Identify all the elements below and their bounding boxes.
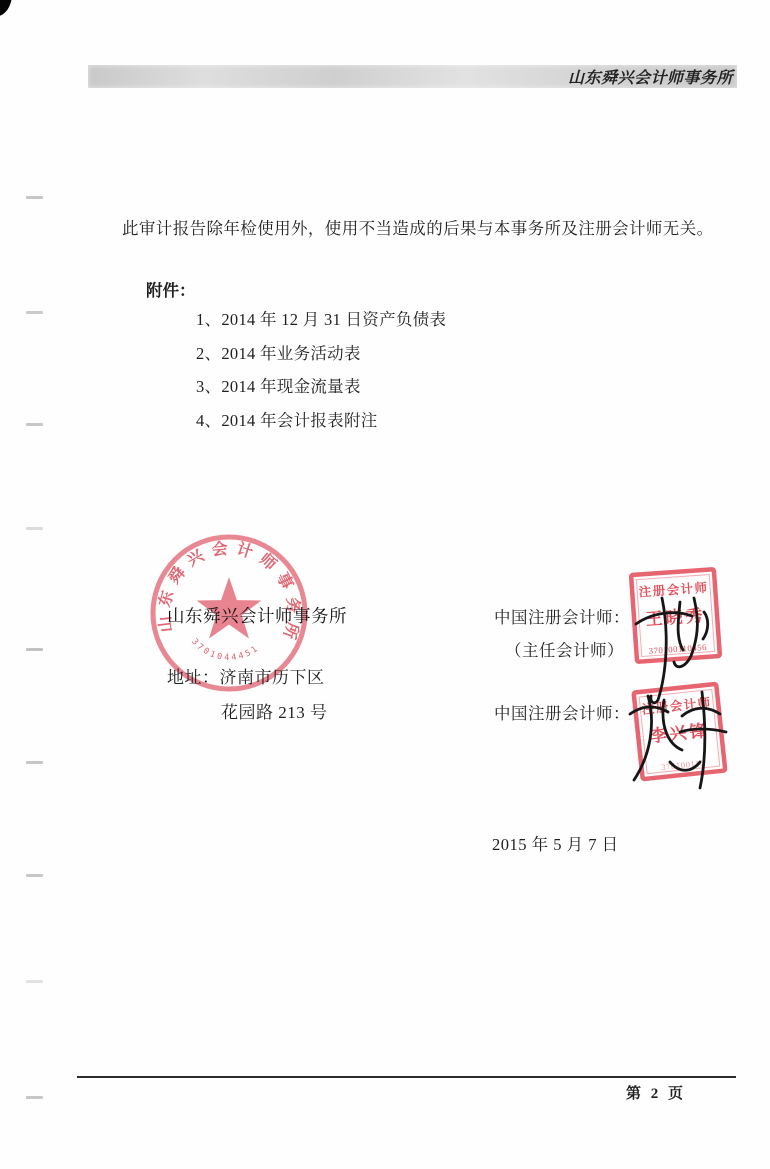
cpa-title-1: （主任会计师） [505, 637, 624, 661]
attachments-list: 1、2014 年 12 月 31 日资产负债表 2、2014 年业务活动表 3、… [196, 303, 446, 437]
scan-mark [26, 196, 43, 199]
attachment-item: 1、2014 年 12 月 31 日资产负债表 [196, 303, 446, 337]
disclaimer-paragraph: 此审计报告除年检使用外，使用不当造成的后果与本事务所及注册会计师无关。 [122, 215, 732, 239]
page-header-bar: 山东舜兴会计师事务所 [88, 65, 737, 88]
scan-mark [26, 1096, 43, 1099]
svg-text:3701044451: 3701044451 [189, 637, 261, 663]
attachment-item: 4、2014 年会计报表附注 [196, 404, 446, 438]
header-firm-name: 山东舜兴会计师事务所 [568, 65, 733, 88]
attachments-label: 附件： [146, 277, 196, 301]
scanned-document-page: 山东舜兴会计师事务所 此审计报告除年检使用外，使用不当造成的后果与本事务所及注册… [0, 0, 770, 1169]
scan-mark [26, 311, 43, 314]
scan-corner-artifact [0, 0, 12, 16]
scan-mark [26, 648, 43, 651]
page-number: 第 2 页 [626, 1082, 686, 1103]
attachment-item: 2、2014 年业务活动表 [196, 337, 446, 371]
attachment-item: 3、2014 年现金流量表 [196, 370, 446, 404]
cpa-label-1: 中国注册会计师： [494, 604, 630, 628]
footer-rule [77, 1076, 736, 1078]
handwritten-signature-2 [560, 676, 740, 796]
firm-name-line: 山东舜兴会计师事务所 [167, 603, 347, 628]
scan-mark [26, 761, 43, 764]
address-line2: 花园路 213 号 [221, 698, 328, 723]
scan-mark [26, 423, 43, 426]
address-line1: 地址：济南市历下区 [167, 663, 325, 688]
scan-mark [26, 874, 43, 877]
scan-mark [26, 980, 43, 983]
seal-serial: 3701044451 [189, 637, 261, 663]
report-date: 2015 年 5 月 7 日 [492, 831, 619, 855]
scan-mark [26, 527, 43, 530]
